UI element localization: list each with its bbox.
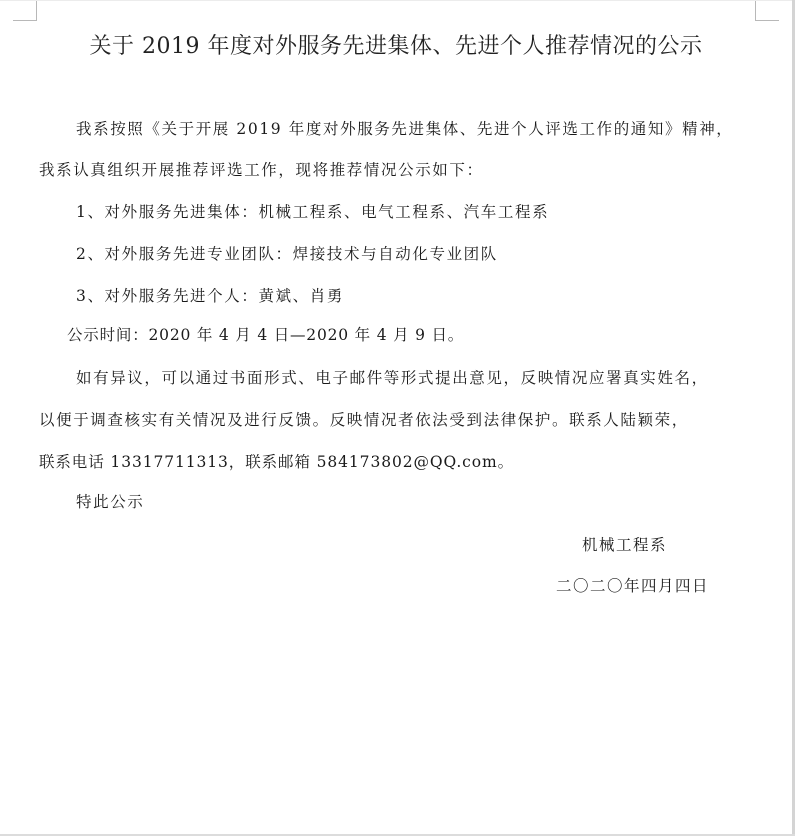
objection-line-1: 如有异议，可以通过书面形式、电子邮件等形式提出意见，反映情况应署真实姓名， [76,366,709,388]
margin-corner-mark-top-right [755,20,779,21]
margin-corner-mark-top-left [13,20,37,21]
document-title: 关于 2019 年度对外服务先进集体、先进个人推荐情况的公示 [0,29,792,60]
signature-department: 机械工程系 [582,533,667,555]
list-item-2: 2、对外服务先进专业团队：焊接技术与自动化专业团队 [76,242,498,264]
document-page: 关于 2019 年度对外服务先进集体、先进个人推荐情况的公示 我系按照《关于开展… [0,0,792,835]
list-item-3: 3、对外服务先进个人：黄斌、肖勇 [76,284,344,306]
objection-line-3: 联系电话 13317711313，联系邮箱 584173802@QQ.com。 [39,450,514,472]
signature-date: 二〇二〇年四月四日 [556,574,709,596]
margin-corner-mark-top-left [36,1,37,21]
intro-line-2: 我系认真组织开展推荐评选工作，现将推荐情况公示如下： [39,158,484,180]
margin-corner-mark-top-right [755,1,756,21]
intro-line-1: 我系按照《关于开展 2019 年度对外服务先进集体、先进个人评选工作的通知》精神… [76,117,733,139]
publicity-period: 公示时间：2020 年 4 月 4 日—2020 年 4 月 9 日。 [67,323,464,345]
closing-text: 特此公示 [76,490,144,512]
list-item-1: 1、对外服务先进集体：机械工程系、电气工程系、汽车工程系 [76,200,549,222]
objection-line-2: 以便于调查核实有关情况及进行反馈。反映情况者依法受到法律保护。联系人陆颖荣， [39,408,689,430]
